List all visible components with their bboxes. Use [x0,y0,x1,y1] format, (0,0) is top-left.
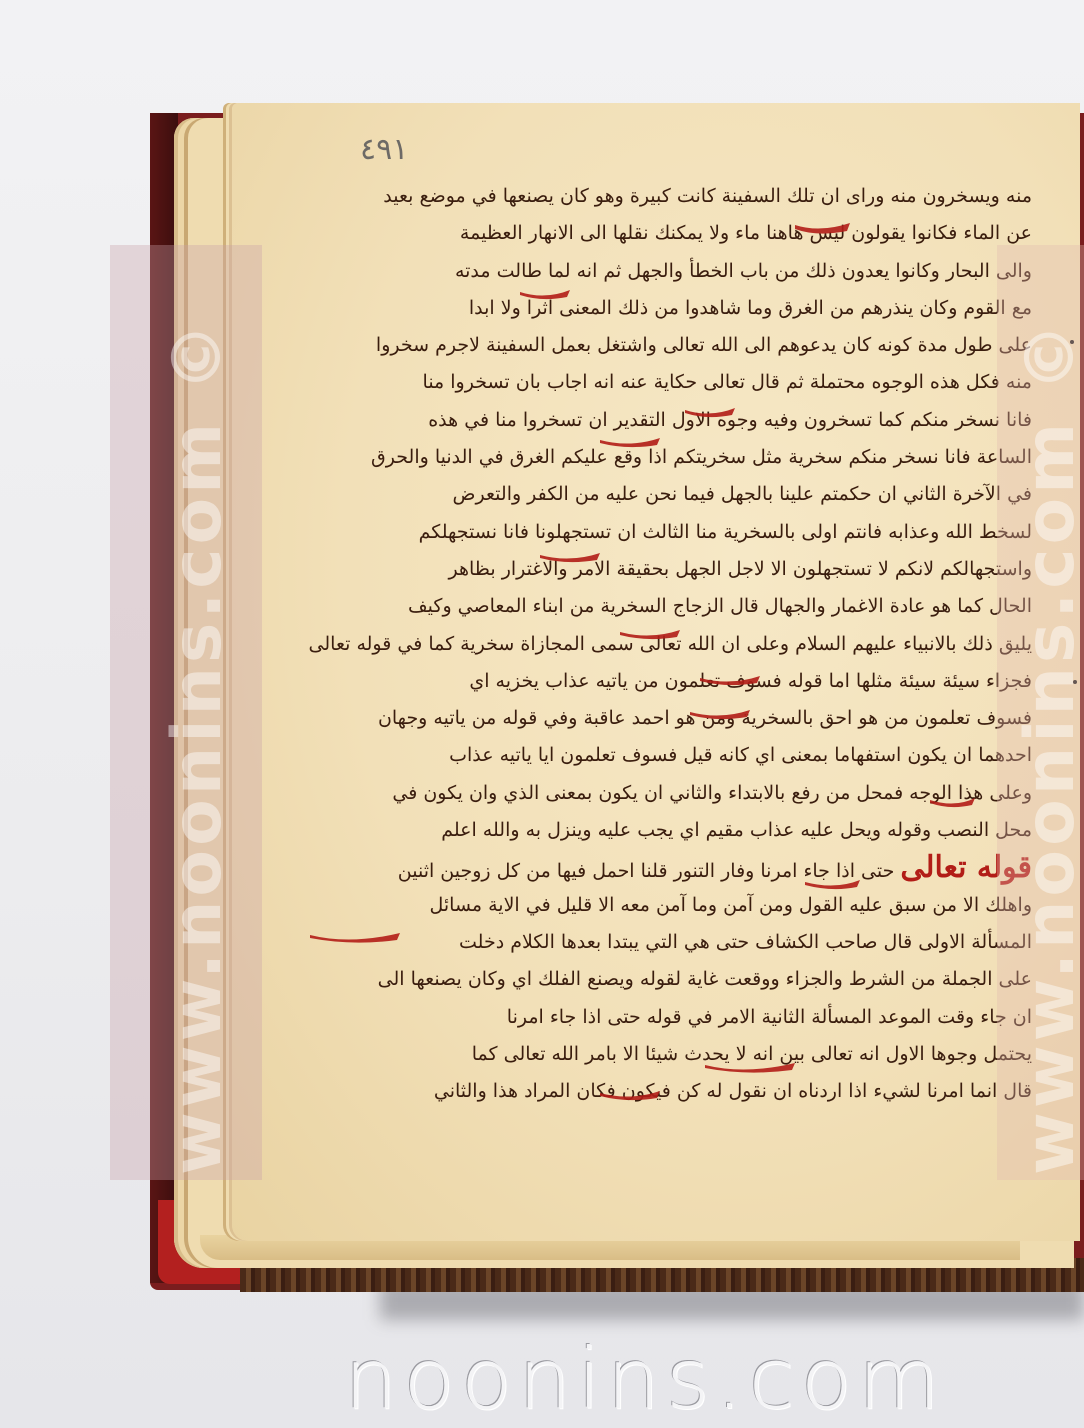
watermark-left-panel: www.noonins.com © [110,245,262,1180]
watermark-bottom: noonins.com [335,1330,955,1428]
watermark-left-text: www.noonins.com © [158,319,237,1175]
watermark-right-panel: www.noonins.com © [997,245,1084,1180]
watermark-right-text: www.noonins.com © [1011,319,1084,1175]
